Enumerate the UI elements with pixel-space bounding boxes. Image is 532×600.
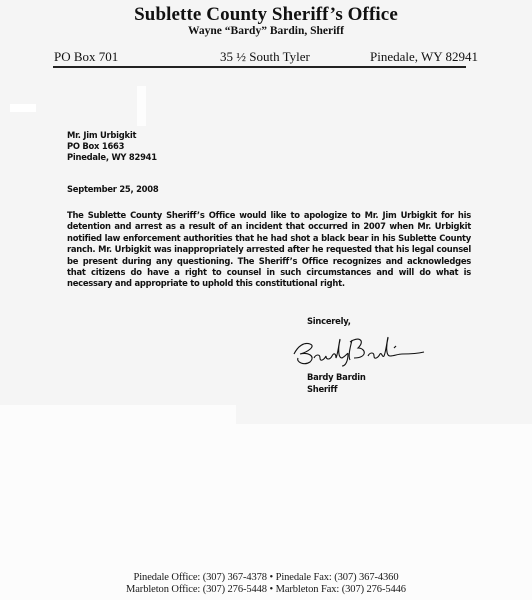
- letterhead-street: 35 ½ South Tyler: [220, 49, 310, 65]
- footer-marbleton: Marbleton Office: (307) 276-5448 • Marbl…: [0, 584, 532, 596]
- footer-pinedale: Pinedale Office: (307) 367-4378 • Pineda…: [0, 572, 532, 584]
- scan-patch: [10, 104, 36, 112]
- footer-contact: Pinedale Office: (307) 367-4378 • Pineda…: [0, 572, 532, 595]
- letter-body: The Sublette County Sheriff’s Office wou…: [67, 210, 471, 290]
- letterhead-title: Sublette County Sheriff’s Office: [0, 4, 532, 26]
- recipient-address: PO Box 1663: [67, 141, 157, 152]
- closing: Sincerely,: [307, 316, 351, 326]
- signer-name: Bardy Bardin: [307, 371, 366, 383]
- signature-icon: [290, 332, 430, 368]
- scan-patch: [137, 86, 146, 126]
- recipient-block: Mr. Jim Urbigkit PO Box 1663 Pinedale, W…: [67, 130, 157, 163]
- letterhead-subtitle: Wayne “Bardy” Bardin, Sheriff: [0, 25, 532, 37]
- signer-title: Sheriff: [307, 383, 366, 395]
- letterhead-city: Pinedale, WY 82941: [370, 49, 478, 65]
- letterhead-po-box: PO Box 701: [54, 49, 118, 65]
- recipient-city: Pinedale, WY 82941: [67, 152, 157, 163]
- letterhead-divider: [53, 66, 466, 68]
- signer-block: Bardy Bardin Sheriff: [307, 371, 366, 395]
- recipient-name: Mr. Jim Urbigkit: [67, 130, 157, 141]
- letter-page: Sublette County Sheriff’s Office Wayne “…: [0, 0, 532, 600]
- letter-date: September 25, 2008: [67, 184, 158, 194]
